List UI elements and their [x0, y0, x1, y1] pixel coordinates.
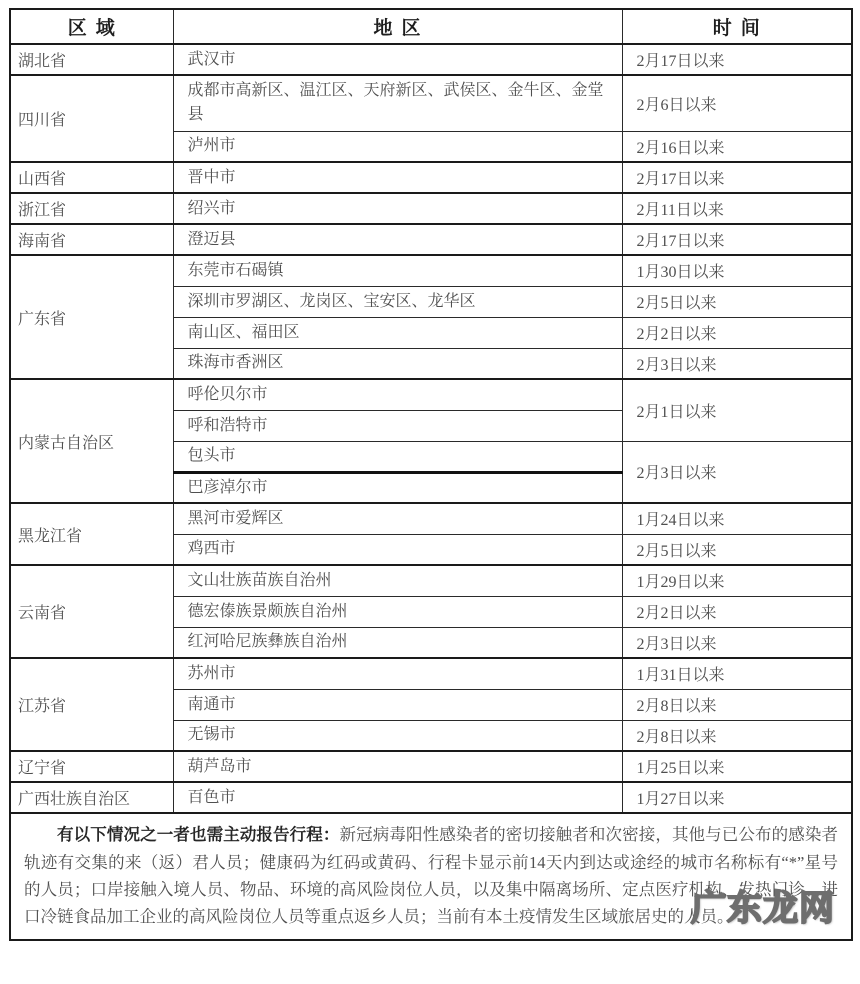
table-row: 浙江省 绍兴市 2月11日以来	[10, 193, 852, 224]
time-cell: 2月17日以来	[622, 44, 852, 75]
region-cell: 广东省	[10, 255, 173, 379]
time-cell: 1月27日以来	[622, 782, 852, 813]
region-cell: 湖北省	[10, 44, 173, 75]
area-cell: 泸州市	[173, 131, 622, 162]
table-row: 黑龙江省 黑河市爱辉区 1月24日以来	[10, 503, 852, 534]
table-row: 内蒙古自治区 呼伦贝尔市 2月1日以来	[10, 379, 852, 410]
time-cell: 1月24日以来	[622, 503, 852, 534]
area-cell: 无锡市	[173, 720, 622, 751]
area-cell: 南通市	[173, 689, 622, 720]
table-row: 四川省 成都市高新区、温江区、天府新区、武侯区、金牛区、金堂县 2月6日以来	[10, 75, 852, 131]
time-cell: 2月2日以来	[622, 596, 852, 627]
time-cell: 2月16日以来	[622, 131, 852, 162]
region-cell: 广西壮族自治区	[10, 782, 173, 813]
time-cell: 2月5日以来	[622, 286, 852, 317]
area-cell: 包头市	[173, 441, 622, 472]
time-cell: 1月30日以来	[622, 255, 852, 286]
area-cell: 珠海市香洲区	[173, 348, 622, 379]
area-cell: 晋中市	[173, 162, 622, 193]
region-cell: 海南省	[10, 224, 173, 255]
area-cell: 南山区、福田区	[173, 317, 622, 348]
area-cell: 成都市高新区、温江区、天府新区、武侯区、金牛区、金堂县	[173, 75, 622, 131]
table-row: 辽宁省 葫芦岛市 1月25日以来	[10, 751, 852, 782]
time-cell: 1月29日以来	[622, 565, 852, 596]
table-header: 区域 地区 时间	[10, 9, 852, 44]
area-cell: 文山壮族苗族自治州	[173, 565, 622, 596]
table-row: 海南省 澄迈县 2月17日以来	[10, 224, 852, 255]
time-cell: 2月1日以来	[622, 379, 852, 441]
area-cell: 鸡西市	[173, 534, 622, 565]
region-cell: 黑龙江省	[10, 503, 173, 565]
table-row: 湖北省 武汉市 2月17日以来	[10, 44, 852, 75]
time-cell: 2月11日以来	[622, 193, 852, 224]
time-cell: 2月5日以来	[622, 534, 852, 565]
time-cell: 2月6日以来	[622, 75, 852, 131]
notice-page: 区域 地区 时间 湖北省 武汉市 2月17日以来 四川省 成都市高新区、温江区、…	[0, 0, 860, 984]
region-cell: 内蒙古自治区	[10, 379, 173, 503]
table-row: 广西壮族自治区 百色市 1月27日以来	[10, 782, 852, 813]
table-row: 云南省 文山壮族苗族自治州 1月29日以来	[10, 565, 852, 596]
time-cell: 1月31日以来	[622, 658, 852, 689]
table-row: 广东省 东莞市石碣镇 1月30日以来	[10, 255, 852, 286]
table-row: 山西省 晋中市 2月17日以来	[10, 162, 852, 193]
notice-row: 有以下情况之一者也需主动报告行程：新冠病毒阳性感染者的密切接触者和次密接，其他与…	[10, 813, 852, 940]
area-cell: 呼和浩特市	[173, 410, 622, 441]
area-cell: 葫芦岛市	[173, 751, 622, 782]
time-cell: 2月17日以来	[622, 224, 852, 255]
area-cell: 武汉市	[173, 44, 622, 75]
area-cell: 苏州市	[173, 658, 622, 689]
area-cell: 澄迈县	[173, 224, 622, 255]
area-cell: 东莞市石碣镇	[173, 255, 622, 286]
area-cell: 德宏傣族景颇族自治州	[173, 596, 622, 627]
area-cell: 深圳市罗湖区、龙岗区、宝安区、龙华区	[173, 286, 622, 317]
table-row: 江苏省 苏州市 1月31日以来	[10, 658, 852, 689]
area-cell: 绍兴市	[173, 193, 622, 224]
column-header-area: 地区	[173, 9, 622, 44]
area-cell: 巴彦淖尔市	[173, 472, 622, 503]
time-cell: 2月3日以来	[622, 348, 852, 379]
region-cell: 四川省	[10, 75, 173, 162]
region-cell: 山西省	[10, 162, 173, 193]
region-cell: 浙江省	[10, 193, 173, 224]
time-cell: 1月25日以来	[622, 751, 852, 782]
time-cell: 2月8日以来	[622, 720, 852, 751]
column-header-region: 区域	[10, 9, 173, 44]
notice-bold-lead: 有以下情况之一者也需主动报告行程：	[57, 826, 340, 844]
time-cell: 2月17日以来	[622, 162, 852, 193]
risk-area-table: 区域 地区 时间 湖北省 武汉市 2月17日以来 四川省 成都市高新区、温江区、…	[9, 8, 853, 941]
area-cell: 呼伦贝尔市	[173, 379, 622, 410]
time-cell: 2月2日以来	[622, 317, 852, 348]
area-cell: 黑河市爱辉区	[173, 503, 622, 534]
time-cell: 2月3日以来	[622, 627, 852, 658]
region-cell: 辽宁省	[10, 751, 173, 782]
notice-paragraph: 有以下情况之一者也需主动报告行程：新冠病毒阳性感染者的密切接触者和次密接，其他与…	[24, 821, 838, 930]
column-header-time: 时间	[622, 9, 852, 44]
time-cell: 2月3日以来	[622, 441, 852, 503]
region-cell: 江苏省	[10, 658, 173, 751]
area-cell: 红河哈尼族彝族自治州	[173, 627, 622, 658]
region-cell: 云南省	[10, 565, 173, 658]
time-cell: 2月8日以来	[622, 689, 852, 720]
area-cell: 百色市	[173, 782, 622, 813]
notice-cell: 有以下情况之一者也需主动报告行程：新冠病毒阳性感染者的密切接触者和次密接，其他与…	[10, 813, 852, 940]
